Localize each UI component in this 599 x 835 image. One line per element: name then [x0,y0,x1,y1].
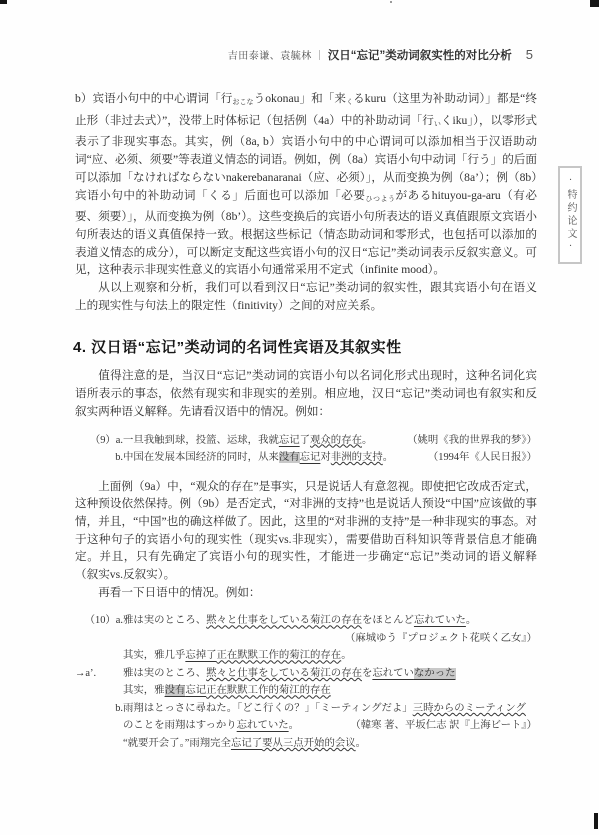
marked-text: 正在默默工作的菊江的存在 [206,685,331,696]
text-run: 了 [300,435,310,446]
marked-text: 忘记 [300,452,321,463]
marked-text: おこな [232,98,253,106]
scanned-paper-page: 吉田泰谦、袁毓林 ｜ 汉日“忘记”类动词叙实性的对比分析 5 ·特约论文· b）… [0,0,599,835]
text-run: 上面例（9a）中，“观众的存在”是事实，只是说话人有意忽视。即使把它改成否定式，… [75,480,537,582]
example-citation: （韓寒 著、平坂仁志 訳『上海ビート』） [344,717,537,735]
marked-text: 要从三点开始的会议 [262,738,356,749]
header-separator: ｜ [315,47,325,62]
example-citation: （姚明《我的世界我的梦》） [401,432,537,450]
text-run: 。 [356,738,366,749]
text-run: 雨翔はとっさに尋ねた。「どこ行くの？」「ミーティングだよ」 [123,703,413,714]
example-text: 其实，雅几乎忘掉了正在默默工作的菊江的存在。 [123,647,352,665]
marked-text: 忘れてい [372,668,414,679]
marked-text: 观众的存在 [310,435,362,446]
marked-text: 没有 [279,452,300,463]
text-run: 再看一下日语中的情况。例如： [98,586,260,599]
example-line: →a’.雅は実のところ、黙々と仕事をしている菊江の存在を忘れていなかった [75,665,537,683]
example-text: のことを雨翔はすっかり忘れていた。 [123,717,299,735]
example-text: 一旦我触到球，投篮、运球，我就忘记了观众的存在。 [123,432,372,450]
paragraph: 值得注意的是，当汉日“忘记”类动词的宾语小句以名词化形式出现时，这种名词化宾语所… [75,367,537,420]
text-run: 雅は実のところ、 [123,615,206,626]
paragraph: b）宾语小句中的中心谓词「行おこなうokonau」和「来くるkuru（这里为补助… [75,90,537,279]
section-heading: 4. 汉日语“忘记”类动词的名词性宾语及其叙实性 [73,336,537,357]
text-run: 雅は実のところ、 [123,668,206,679]
example-block-9: （9）a.一旦我触到球，投篮、运球，我就忘记了观众的存在。（姚明《我的世界我的梦… [75,432,537,467]
scan-artifact [390,1,392,3]
marked-text: 忘掉了 [185,650,216,661]
text-run: 。 [383,452,393,463]
marked-text: 忘记 [279,435,300,446]
scan-artifact [590,0,599,7]
text-run: “就要开会了。”雨翔完全 [123,738,231,749]
text-run: 其实，雅 [123,685,165,696]
text-run: をほとんど [362,615,414,626]
text-run: b）宾语小句中的中心谓词「行 [75,92,232,105]
scan-artifact [0,0,7,4]
example-text: “就要开会了。”雨翔完全忘记了要从三点开始的会议。 [123,735,366,753]
text-run: うokonau」和「来 [254,92,346,105]
paragraph: 再看一下日语中的情况。例如： [75,584,537,602]
marked-text: 忘记 [185,685,206,696]
example-citation: （1994年《人民日报》） [422,449,537,467]
example-label: →a’. [75,665,123,683]
text-run: 。 [341,650,351,661]
marked-text: 忘れていた [237,720,289,731]
text-run: 中国在发展本国经济的同时，从来 [123,452,279,463]
example-label: （10）a. [75,612,123,630]
example-text: 其实，雅没有忘记正在默默工作的菊江的存在 [123,682,331,700]
marked-text: 忘记了 [231,738,262,749]
marked-text: 三時からのミーティング [413,703,526,714]
example-line: “就要开会了。”雨翔完全忘记了要从三点开始的会议。 [75,735,537,753]
example-line: 其实，雅几乎忘掉了正在默默工作的菊江的存在。 [75,647,537,665]
marked-text: い [434,120,441,128]
example-line: b.雨翔はとっさに尋ねた。「どこ行くの？」「ミーティングだよ」三時からのミーティ… [75,700,537,718]
example-text: 雅は実のところ、黙々と仕事をしている菊江の存在を忘れていなかった [123,665,456,683]
section-side-tab: ·特约论文· [558,166,582,264]
text-run: 从以上观察和分析，我们可以看到汉日“忘记”类动词的叙实性，跟其宾语小句在语义上的… [75,281,537,312]
paragraph: 上面例（9a）中，“观众的存在”是事实，只是说话人有意忽视。即使把它改成否定式，… [75,478,537,584]
text-run: を [362,668,372,679]
marked-text: なかった [414,668,456,679]
page-number: 5 [526,47,533,62]
scan-artifact [594,813,598,829]
marked-text: 没有 [165,685,186,696]
example-text: 雨翔はとっさに尋ねた。「どこ行くの？」「ミーティングだよ」三時からのミーティング [123,700,526,718]
example-citation: （麻城ゆう『プロジェクト花咲く乙女』） [339,630,537,648]
text-run: 。 [362,435,372,446]
example-label: （9）a. [75,432,123,450]
text-run: 其实，雅几乎 [123,650,185,661]
example-text: 中国在发展本国经济的同时，从来没有忘记对非洲的支持。 [123,449,393,467]
example-line: b.中国在发展本国经济的同时，从来没有忘记对非洲的支持。（1994年《人民日报》… [75,449,537,467]
example-label: b. [75,700,123,718]
marked-text: 忘れていた [414,615,466,626]
marked-text: 黙々と仕事をしている菊江の存在 [206,668,362,679]
marked-text: 黙々と仕事をしている菊江の存在 [206,615,362,626]
running-header: 吉田泰谦、袁毓林 ｜ 汉日“忘记”类动词叙实性的对比分析 5 [0,47,533,63]
example-block-10: （10）a.雅は実のところ、黙々と仕事をしている菊江の存在をほとんど忘れていた。… [75,612,537,752]
running-title: 汉日“忘记”类动词叙实性的对比分析 [328,47,512,63]
example-text: 雅は実のところ、黙々と仕事をしている菊江の存在をほとんど忘れていた。 [123,612,476,630]
author-names: 吉田泰谦、袁毓林 [228,47,312,62]
main-text-column: b）宾语小句中的中心谓词「行おこなうokonau」和「来くるkuru（这里为补助… [75,90,537,763]
marked-text: 非洲的支持 [331,452,383,463]
text-run: 。 [466,615,476,626]
text-run: のことを雨翔はすっかり [123,720,237,731]
example-line: （10）a.雅は実のところ、黙々と仕事をしている菊江の存在をほとんど忘れていた。 [75,612,537,630]
example-line: のことを雨翔はすっかり忘れていた。（韓寒 著、平坂仁志 訳『上海ビート』） [75,717,537,735]
marked-text: ひつよう [365,195,395,203]
example-line: 其实，雅没有忘记正在默默工作的菊江的存在 [75,682,537,700]
text-run: 值得注意的是，当汉日“忘记”类动词的宾语小句以名词化形式出现时，这种名词化宾语所… [75,369,537,417]
text-run: 。 [289,720,299,731]
text-run: 一旦我触到球，投篮、运球，我就 [123,435,279,446]
marked-text: 正在默默工作的菊江的存在 [217,650,342,661]
example-line: （麻城ゆう『プロジェクト花咲く乙女』） [75,630,537,648]
example-line: （9）a.一旦我触到球，投篮、运球，我就忘记了观众的存在。（姚明《我的世界我的梦… [75,432,537,450]
paragraph: 从以上观察和分析，我们可以看到汉日“忘记”类动词的叙实性，跟其宾语小句在语义上的… [75,279,537,314]
text-run: 对 [320,452,330,463]
example-label: b. [75,449,123,467]
